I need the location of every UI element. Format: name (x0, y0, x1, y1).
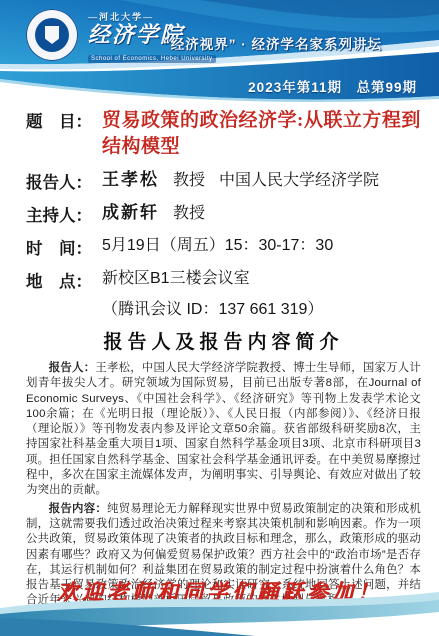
speaker-bio-paragraph: 报告人：王孝松，中国人民大学经济学院教授、博士生导师，国家万人计划青年拔尖人才。… (26, 361, 421, 499)
speaker-bio-text: 王孝松，中国人民大学经济学院教授、博士生导师，国家万人计划青年拔尖人才。研究领域… (26, 362, 421, 496)
college-caption: School of Economics, Hebei University (88, 55, 216, 63)
time-row: 时 间： 5月19日（周五）15：30-17：30 (26, 235, 421, 259)
seal-inner-circle (35, 18, 69, 52)
poster-body: 题 目： 贸易政策的政治经济学:从联立方程到结构模型 报告人： 王孝松教授中国人… (26, 108, 421, 612)
host-name: 成新轩 (102, 203, 159, 222)
meeting-id: （腾讯会议 ID：137 661 319） (102, 296, 421, 319)
speaker-bio-label: 报告人： (49, 362, 96, 374)
seal-shield-icon (45, 26, 59, 44)
footer-wave (0, 584, 439, 636)
issue-number: 2023年第11期 总第99期 (248, 76, 417, 96)
report-content-label: 报告内容： (49, 503, 107, 515)
speaker-row: 报告人： 王孝松教授中国人民大学经济学院 (26, 169, 421, 193)
time-value: 5月19日（周五）15：30-17：30 (102, 235, 333, 257)
host-value: 成新轩教授 (102, 202, 205, 225)
lecture-title: 贸易政策的政治经济学:从联立方程到结构模型 (102, 108, 421, 160)
lecture-poster: —河北大学— 经济学院 School of Economics, Hebei U… (0, 0, 439, 636)
lecture-series-title: “经济视界” · 经济学名家系列讲坛 (163, 33, 433, 53)
speaker-label: 报告人： (26, 169, 102, 193)
speaker-name: 王孝松 (102, 170, 159, 189)
speaker-value: 王孝松教授中国人民大学经济学院 (102, 169, 379, 192)
speaker-affiliation: 中国人民大学经济学院 (219, 172, 379, 189)
host-row: 主持人： 成新轩教授 (26, 202, 421, 226)
venue-row: 地 点： 新校区B1三楼会议室 (26, 268, 421, 292)
intro-section-heading: 报告人及报告内容简介 (26, 327, 421, 354)
speaker-title: 教授 (173, 172, 205, 189)
host-label: 主持人： (26, 202, 102, 226)
time-label: 时 间： (26, 235, 102, 259)
venue-value: 新校区B1三楼会议室 (102, 268, 250, 290)
title-label: 题 目： (26, 108, 102, 132)
venue-label: 地 点： (26, 268, 102, 292)
university-seal-icon (26, 9, 78, 61)
title-row: 题 目： 贸易政策的政治经济学:从联立方程到结构模型 (26, 108, 421, 160)
host-title: 教授 (173, 205, 205, 222)
